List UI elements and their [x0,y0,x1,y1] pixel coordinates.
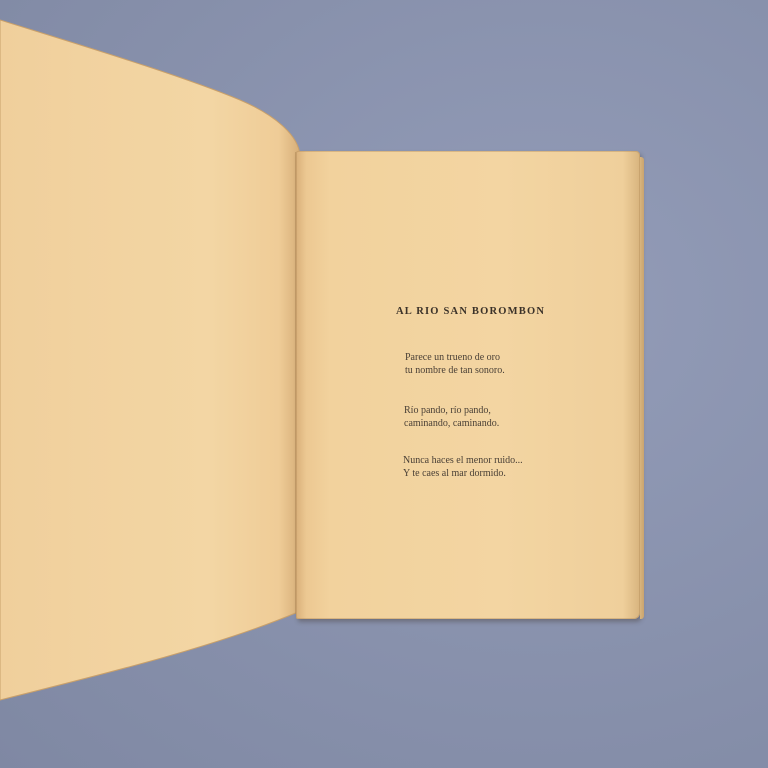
stanza-2: Río pando, río pando, caminando, caminan… [404,404,499,430]
right-page: AL RIO SAN BOROMBON Parece un trueno de … [296,151,640,619]
poem-line: tu nombre de tan sonoro. [405,364,505,377]
poem-line: Y te caes al mar dormido. [403,467,523,480]
poem-line: caminando, caminando. [404,417,499,430]
poem-line: Nunca haces el menor ruido... [403,454,523,467]
stanza-3: Nunca haces el menor ruido... Y te caes … [403,454,523,480]
poem-line: Parece un trueno de oro [405,351,505,364]
stanza-1: Parece un trueno de oro tu nombre de tan… [405,351,505,377]
book-photo: AL RIO SAN BOROMBON Parece un trueno de … [0,0,768,768]
poem-line: Río pando, río pando, [404,404,499,417]
poem-title: AL RIO SAN BOROMBON [396,306,545,317]
